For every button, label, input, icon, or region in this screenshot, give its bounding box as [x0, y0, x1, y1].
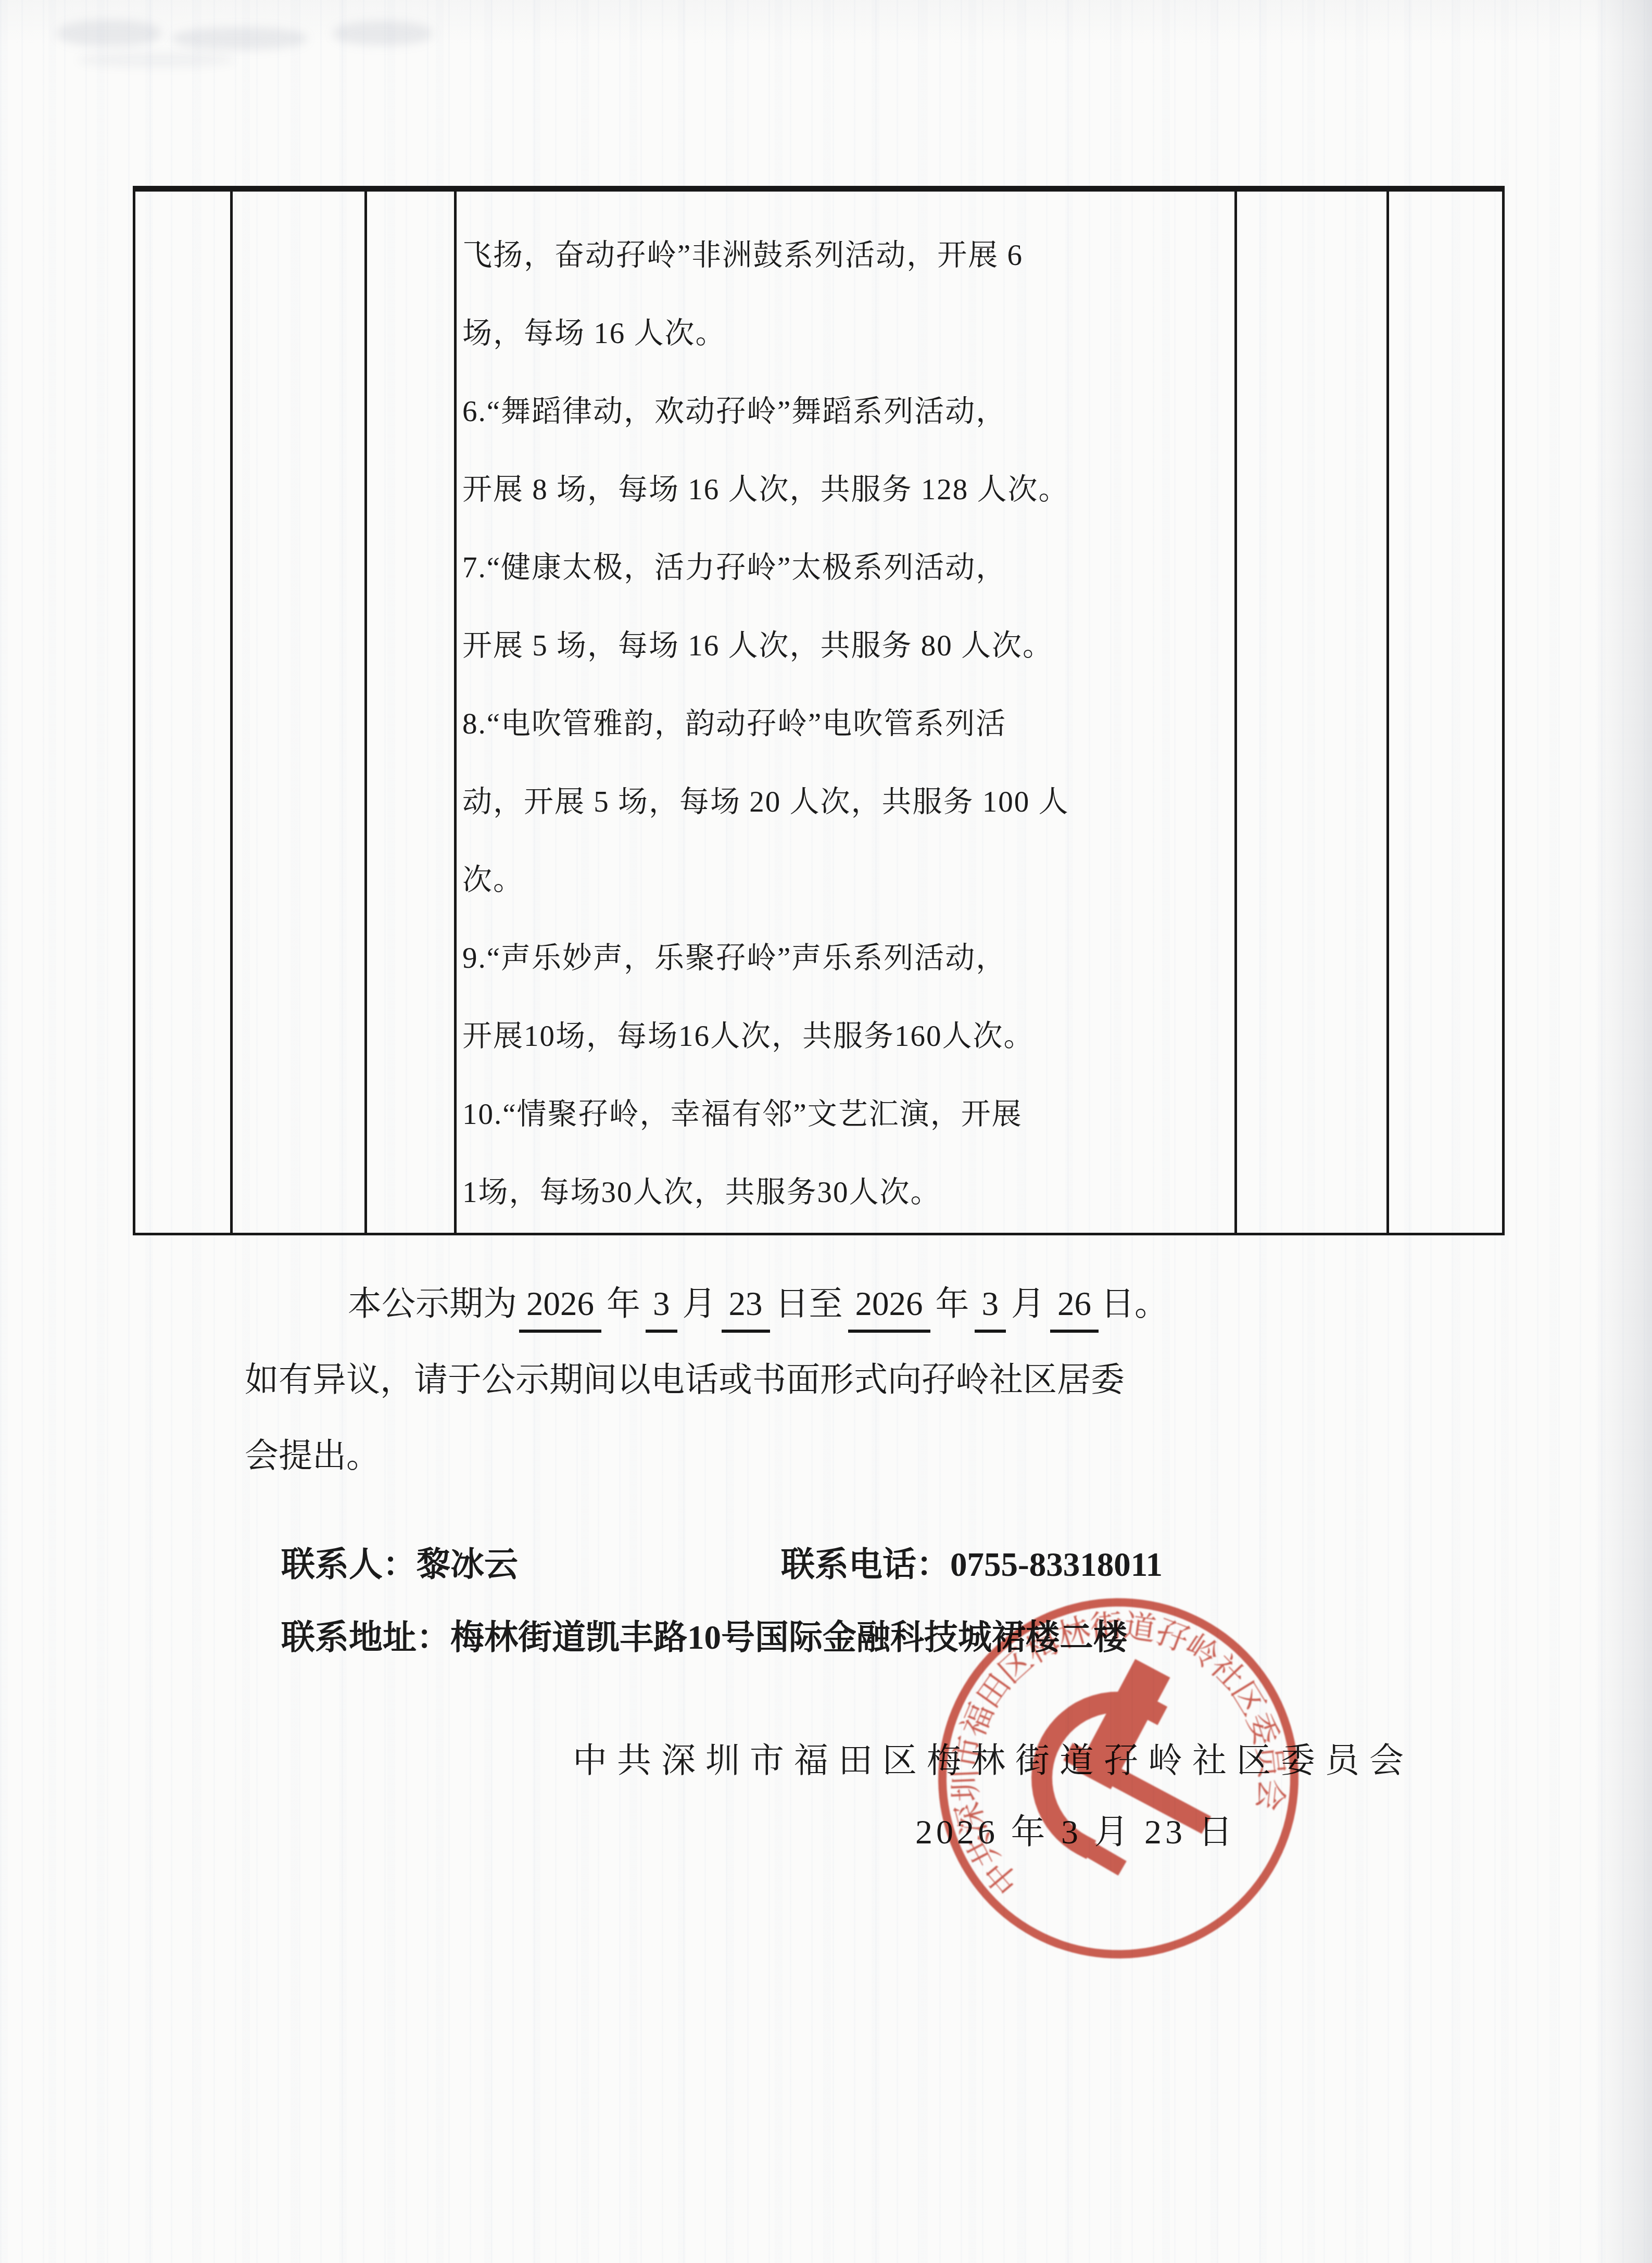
activity-line: 次。: [462, 841, 1228, 919]
activity-line: 7.“健康太极，活力孖岭”太极系列活动，: [462, 529, 1228, 607]
activity-line: 9.“声乐妙声，乐聚孖岭”声乐系列活动，: [462, 919, 1228, 997]
scan-artifact: [57, 20, 161, 47]
notice-text: 日至: [775, 1285, 843, 1323]
activity-line: 开展 8 场，每场 16 人次，共服务 128 人次。: [462, 451, 1228, 529]
contact-person: 联系人：黎冰云: [281, 1537, 518, 1586]
publicity-period-line: 本公示期为2026年3月23日至2026年3月26日。: [245, 1266, 1505, 1342]
notice-text: 本公示期为: [348, 1285, 517, 1323]
table-column-divider: [1386, 192, 1389, 1233]
notice-text: 月: [683, 1285, 716, 1323]
issuing-organization: 中共深圳市福田区梅林街道孖岭社区委员会: [573, 1733, 1414, 1782]
notice-text: 日。: [1101, 1285, 1168, 1323]
objection-line: 会提出。: [245, 1418, 1505, 1494]
activity-line: 6.“舞蹈律动，欢动孖岭”舞蹈系列活动，: [462, 373, 1228, 451]
scan-artifact: [78, 52, 234, 68]
activity-line: 飞扬，奋动孖岭”非洲鼓系列活动，开展 6: [462, 217, 1228, 295]
activity-line: 8.“电吹管雅韵，韵动孖岭”电吹管系列活: [462, 685, 1228, 763]
table-column-divider: [364, 192, 367, 1233]
issue-date: 2026 年 3 月 23 日: [915, 1804, 1237, 1853]
underlined-year-start: 2026: [519, 1284, 601, 1333]
activity-line: 场，每场 16 人次。: [462, 295, 1228, 373]
activity-line: 开展10场，每场16人次，共服务160人次。: [462, 997, 1228, 1076]
underlined-year-end: 2026: [848, 1284, 930, 1333]
activities-table: 飞扬，奋动孖岭”非洲鼓系列活动，开展 6 场，每场 16 人次。 6.“舞蹈律动…: [133, 186, 1505, 1235]
table-column-divider: [230, 192, 233, 1233]
table-activity-cell: 飞扬，奋动孖岭”非洲鼓系列活动，开展 6 场，每场 16 人次。 6.“舞蹈律动…: [462, 217, 1228, 1232]
contact-phone: 联系电话：0755-83318011: [781, 1537, 1163, 1586]
table-column-divider: [454, 192, 457, 1233]
table-column-divider: [1234, 192, 1237, 1233]
notice-text: 年: [936, 1285, 969, 1323]
underlined-month-start: 3: [646, 1284, 677, 1333]
activity-line: 10.“情聚孖岭，幸福有邻”文艺汇演，开展: [462, 1076, 1228, 1154]
scan-artifact: [172, 27, 307, 50]
objection-line: 如有异议，请于公示期间以电话或书面形式向孖岭社区居委: [245, 1342, 1505, 1418]
activity-line: 1场，每场30人次，共服务30人次。: [462, 1154, 1228, 1232]
underlined-day-start: 23: [722, 1284, 770, 1333]
underlined-month-end: 3: [975, 1284, 1006, 1333]
scanned-notice-page: 飞扬，奋动孖岭”非洲鼓系列活动，开展 6 场，每场 16 人次。 6.“舞蹈律动…: [0, 0, 1652, 2263]
notice-text: 月: [1011, 1285, 1045, 1323]
activity-line: 开展 5 场，每场 16 人次，共服务 80 人次。: [462, 607, 1228, 685]
scan-artifact: [333, 21, 432, 46]
notice-text: 年: [607, 1285, 640, 1323]
publicity-period-paragraph: 本公示期为2026年3月23日至2026年3月26日。 如有异议，请于公示期间以…: [245, 1266, 1505, 1494]
activity-line: 动，开展 5 场，每场 20 人次，共服务 100 人: [462, 763, 1228, 841]
underlined-day-end: 26: [1050, 1284, 1099, 1333]
contact-address: 联系地址：梅林街道凯丰路10号国际金融科技城裙楼二楼: [281, 1610, 1127, 1659]
